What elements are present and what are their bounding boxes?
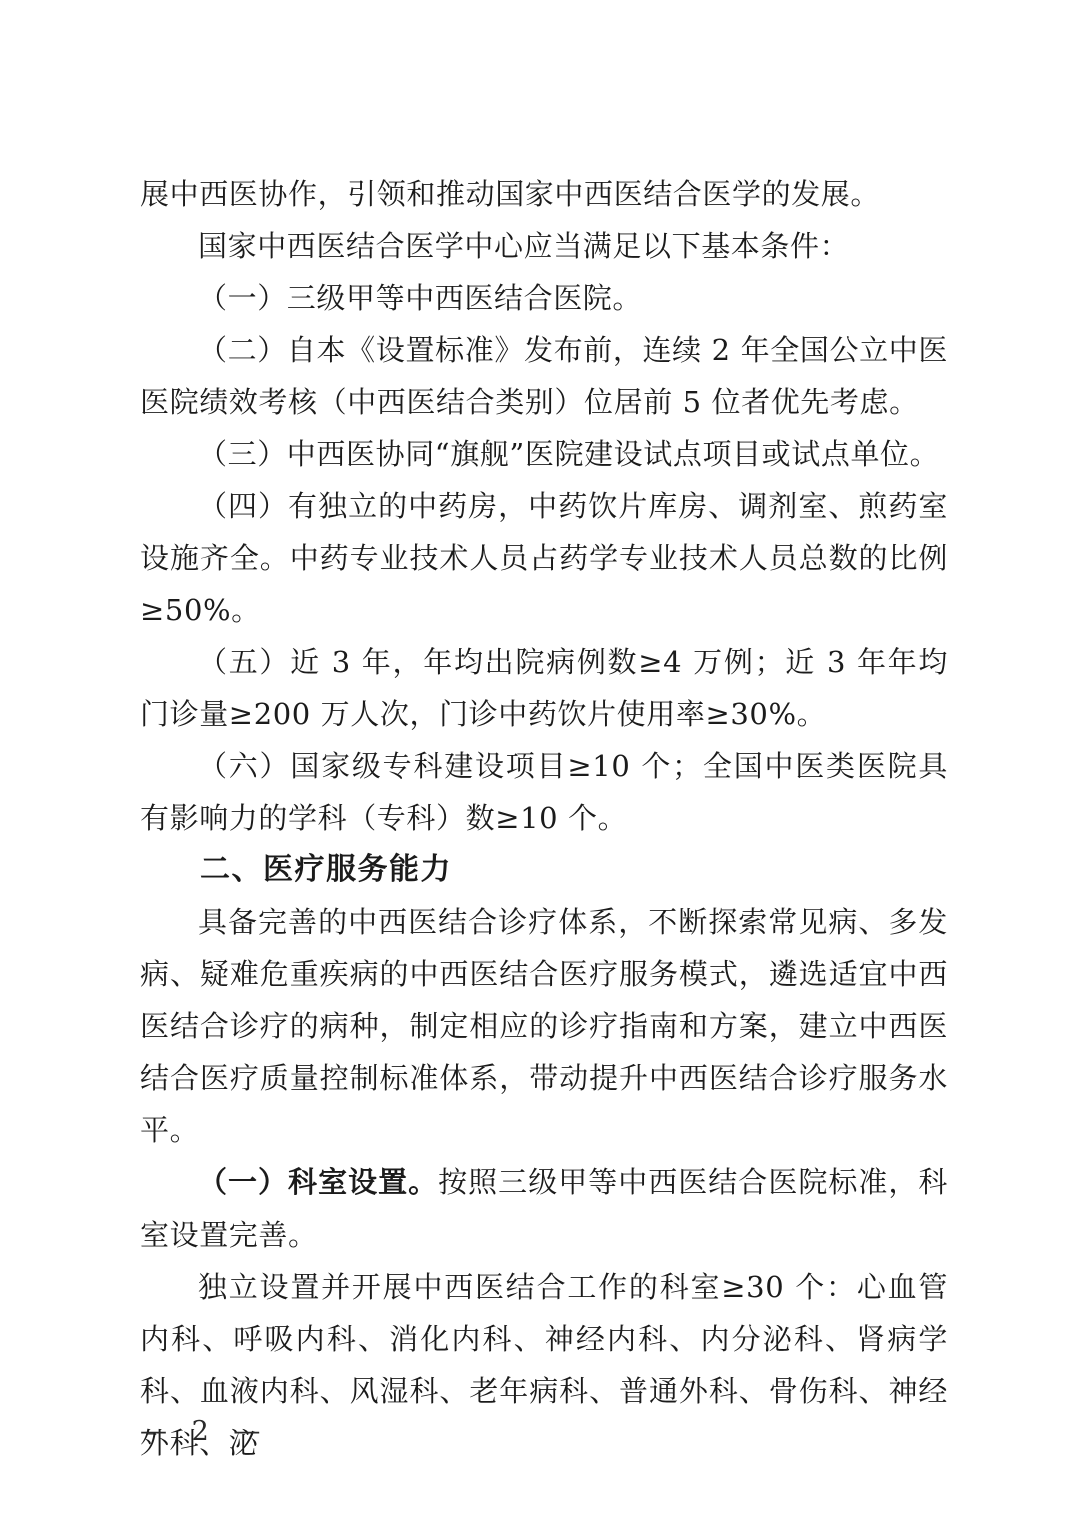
paragraph: （二）自本《设置标准》发布前，连续 2 年全国公立中医医院绩效考核（中西医结合类… (140, 324, 948, 428)
paragraph-bold-lead: （一）科室设置。 (198, 1167, 438, 1199)
document-page: 展中西医协作，引领和推动国家中西医结合医学的发展。国家中西医结合医学中心应当满足… (0, 0, 1080, 1528)
paragraph: 具备完善的中西医结合诊疗体系，不断探索常见病、多发病、疑难危重疾病的中西医结合医… (140, 896, 948, 1156)
paragraph: 展中西医协作，引领和推动国家中西医结合医学的发展。 (140, 168, 948, 220)
paragraph: （五）近 3 年，年均出院病例数≥4 万例；近 3 年年均门诊量≥200 万人次… (140, 636, 948, 740)
paragraph: 国家中西医结合医学中心应当满足以下基本条件： (140, 220, 948, 272)
paragraph: （一）科室设置。按照三级甲等中西医结合医院标准，科室设置完善。 (140, 1156, 948, 1261)
paragraph: （一）三级甲等中西医结合医院。 (140, 272, 948, 324)
page-number: — 2 — (140, 1416, 268, 1447)
section-heading: 二、医疗服务能力 (140, 844, 948, 896)
paragraph: （三）中西医协同“旗舰”医院建设试点项目或试点单位。 (140, 428, 948, 480)
paragraph: （六）国家级专科建设项目≥10 个；全国中医类医院具有影响力的学科（专科）数≥1… (140, 740, 948, 844)
paragraph: （四）有独立的中药房，中药饮片库房、调剂室、煎药室设施齐全。中药专业技术人员占药… (140, 480, 948, 636)
document-body: 展中西医协作，引领和推动国家中西医结合医学的发展。国家中西医结合医学中心应当满足… (140, 168, 948, 1469)
